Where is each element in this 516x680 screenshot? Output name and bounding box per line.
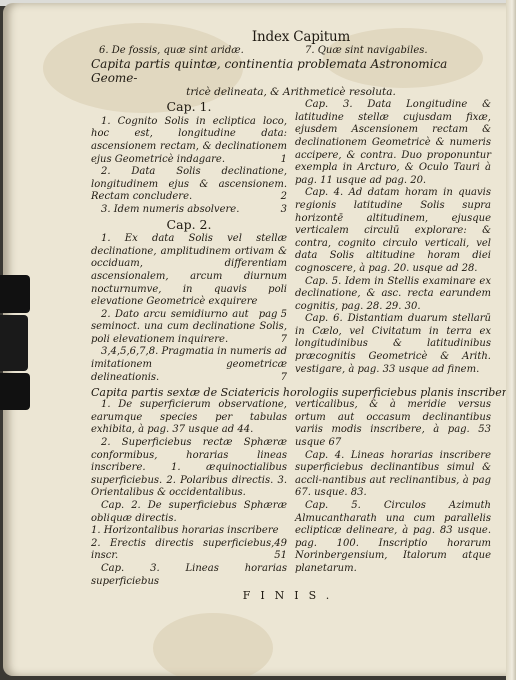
index-entry: verticalibus, & à meridie versus ortum a…: [295, 399, 491, 449]
binder-clip-icon: [0, 275, 32, 410]
finis: FINIS.: [91, 590, 491, 603]
index-entry: Cap. 4. Lineas horarias inscribere super…: [295, 450, 491, 500]
index-entry: 2. Data Solis declinatione, longitudinem…: [91, 166, 287, 204]
index-entry: Cap. 5. Idem in Stellis examinare ex dec…: [295, 276, 491, 314]
cap1-heading: Cap. 1.: [91, 101, 287, 114]
part5-left-column: Cap. 1. 1. Cognito Solis in ecliptica lo…: [91, 99, 287, 384]
page-right-edge: [506, 0, 516, 680]
index-entry: 3. Idem numeris absolvere. 3: [91, 204, 287, 217]
index-entry: 2. Erectis directis superficiebus, inscr…: [91, 538, 287, 563]
index-entry: Cap. 3. Data Longitudine & latitudine st…: [295, 99, 491, 187]
index-entry: 1. Cognito Solis in ecliptica loco, hoc …: [91, 116, 287, 166]
index-entry: 3,4,5,6,7,8. Pragmatia in numeris ad imi…: [91, 346, 287, 384]
page-content: Index Capitum 6. De fossis, quæ sint ari…: [91, 31, 491, 603]
part6-left-column: 1. De superficierum observatione, earumq…: [91, 399, 287, 588]
part6-columns: 1. De superficierum observatione, earumq…: [91, 399, 491, 588]
index-entry: Cap. 6. Distantiam duarum stellarū in Cæ…: [295, 313, 491, 376]
index-entry: 1. Horizontalibus horarias inscribere 49: [91, 525, 287, 538]
part5-title: Capita partis quintæ, continentia proble…: [91, 57, 491, 99]
index-entry: Cap. 4. Ad datam horam in quavis regioni…: [295, 187, 491, 275]
index-entry: 1. Ex data Solis vel stellæ declinatione…: [91, 233, 287, 309]
carryover-line: 6. De fossis, quæ sint aridæ. 7. Quæ sin…: [91, 45, 491, 58]
paper-stain: [153, 613, 273, 676]
part5-right-column: Cap. 3. Data Longitudine & latitudine st…: [295, 99, 491, 384]
cap2-heading: Cap. 2.: [91, 219, 287, 232]
index-entry: 1. De superficierum observatione, earumq…: [91, 399, 287, 437]
book-page: Index Capitum 6. De fossis, quæ sint ari…: [3, 3, 511, 676]
index-entry: Cap. 3. Lineas horarias superficiebus: [91, 563, 287, 588]
index-entry: Cap. 2. De superficiebus Sphæræ obliquæ …: [91, 500, 287, 525]
carryover-right: 7. Quæ sint navigabiles.: [285, 45, 491, 58]
part5-columns: Cap. 1. 1. Cognito Solis in ecliptica lo…: [91, 99, 491, 384]
index-entry: Cap. 5. Circulos Azimuth Almucantharath …: [295, 500, 491, 576]
running-head: Index Capitum: [91, 31, 491, 44]
index-entry: 2. Superficiebus rectæ Sphæræ conformibu…: [91, 437, 287, 500]
part5-title-cont: tricè delineata, & Arithmeticè resoluta.: [91, 85, 491, 99]
part6-title: Capita partis sextæ de Sciatericis horol…: [91, 386, 491, 399]
carryover-left: 6. De fossis, quæ sint aridæ.: [91, 45, 285, 58]
part6-right-column: verticalibus, & à meridie versus ortum a…: [295, 399, 491, 588]
